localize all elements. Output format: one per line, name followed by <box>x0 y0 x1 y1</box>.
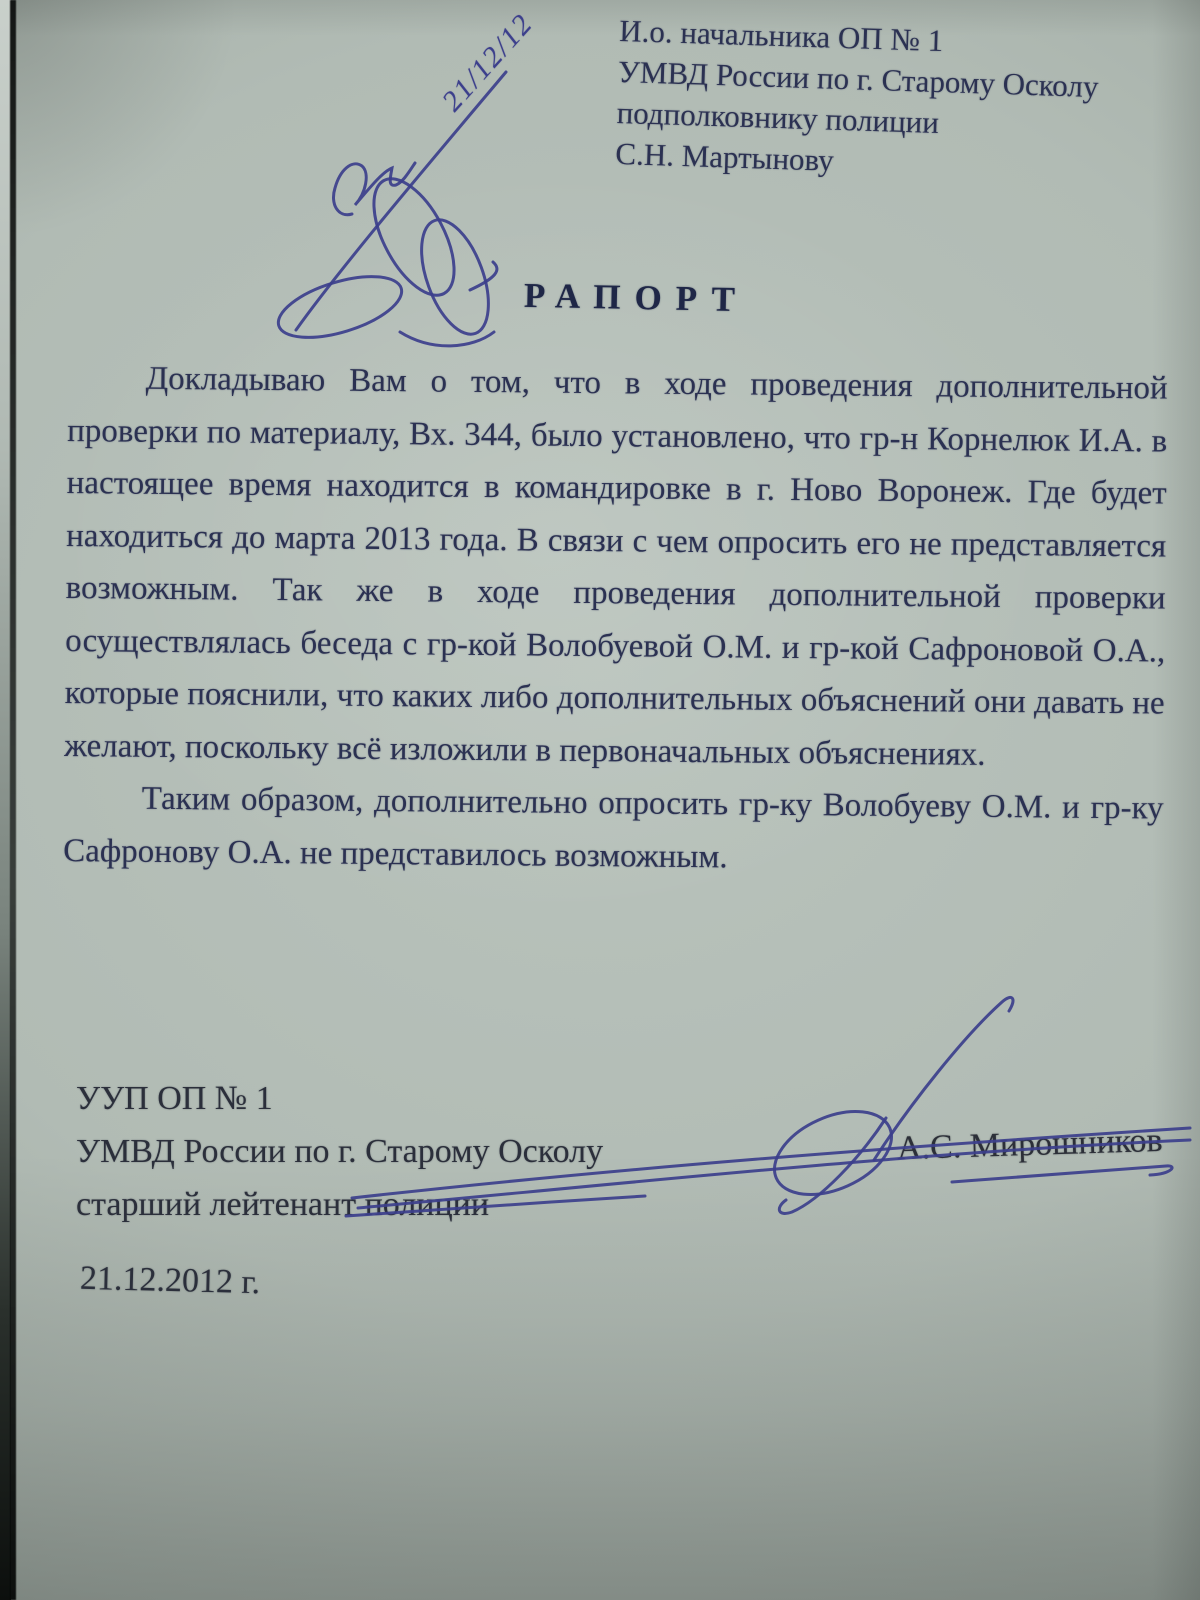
body-paragraph: Докладываю Вам о том, что в ходе проведе… <box>64 352 1168 783</box>
body-paragraph: Таким образом, дополнительно опросить гр… <box>63 772 1164 888</box>
signer-name: А.С. Мирошников <box>896 1122 1163 1168</box>
document-date: 21.12.2012 г. <box>80 1260 261 1302</box>
report-body: Докладываю Вам о том, что в ходе проведе… <box>63 352 1168 888</box>
signature-block: УУП ОП № 1 УМВД России по г. Старому Оск… <box>76 1072 776 1231</box>
handwritten-date: 21/12/12 <box>436 7 540 118</box>
signature-block-line: старший лейтенант полиции <box>76 1178 776 1231</box>
recipient-block: И.о. начальника ОП № 1 УМВД России по г.… <box>615 10 1160 191</box>
signature-block-line: УМВД России по г. Старому Осколу <box>76 1125 776 1178</box>
document-content: И.о. начальника ОП № 1 УМВД России по г.… <box>0 0 1200 1600</box>
photographed-report-page: И.о. начальника ОП № 1 УМВД России по г.… <box>0 0 1200 1600</box>
report-title: РАПОРТ <box>524 276 750 320</box>
signature-block-line: УУП ОП № 1 <box>76 1072 776 1125</box>
